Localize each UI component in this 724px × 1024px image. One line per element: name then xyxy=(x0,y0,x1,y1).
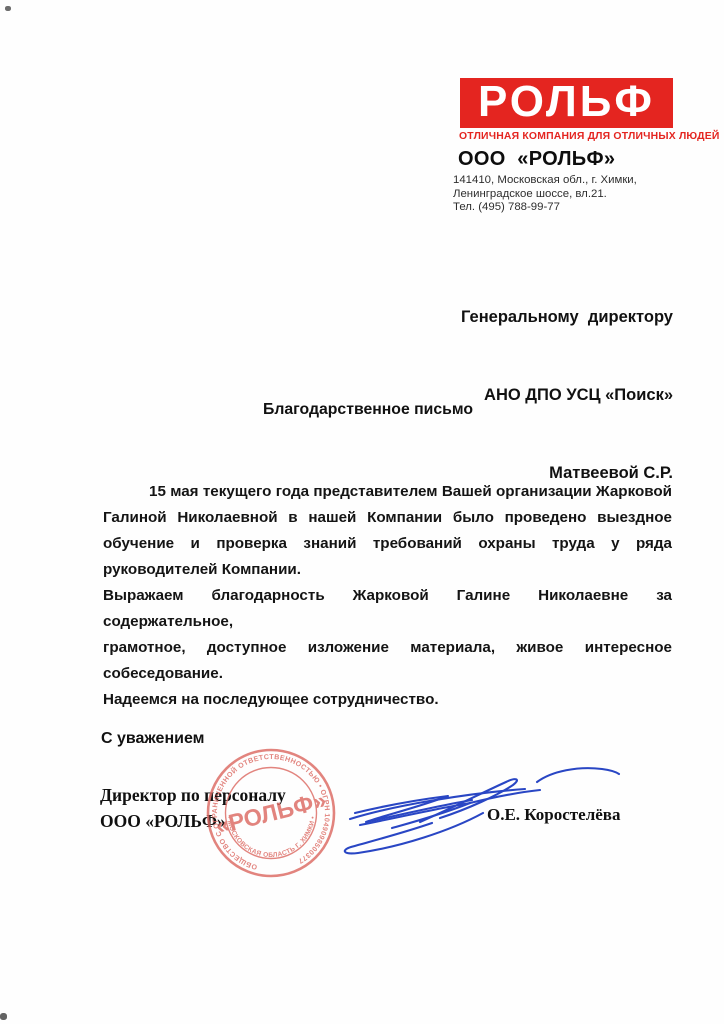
body-line: 15 мая текущего года представителем Ваше… xyxy=(103,479,672,505)
body-line: руководителей Компании. xyxy=(103,557,672,583)
logo-tagline: ОТЛИЧНАЯ КОМПАНИЯ ДЛЯ ОТЛИЧНЫХ ЛЮДЕЙ xyxy=(459,131,675,142)
scan-speck xyxy=(0,1013,7,1020)
body-line: Надеемся на последующее сотрудничество. xyxy=(103,687,672,713)
recipient-title: Генеральному директору xyxy=(380,304,673,330)
closing-regards: С уважением xyxy=(101,730,204,748)
scan-speck xyxy=(5,6,11,11)
rolf-wordmark: РОЛЬФ xyxy=(478,80,655,124)
signature-ink xyxy=(320,745,650,875)
body-line: обучение и проверка знаний требований ох… xyxy=(103,531,672,557)
body-line: Выражаем благодарность Жарковой Галине Н… xyxy=(103,583,672,635)
body-line: собеседование. xyxy=(103,661,672,687)
body-line: Галиной Николаевной в нашей Компании был… xyxy=(103,505,672,531)
scanned-letter-page: РОЛЬФ ОТЛИЧНАЯ КОМПАНИЯ ДЛЯ ОТЛИЧНЫХ ЛЮД… xyxy=(0,0,724,1024)
letter-title: Благодарственное письмо xyxy=(88,401,648,419)
company-address: 141410, Московская обл., г. Химки, Ленин… xyxy=(453,174,637,215)
body-line: грамотное, доступное изложение материала… xyxy=(103,635,672,661)
company-name: ООО «РОЛЬФ» xyxy=(458,148,615,171)
address-line: Тел. (495) 788-99-77 xyxy=(453,201,637,215)
rolf-logo: РОЛЬФ xyxy=(460,78,673,128)
address-line: Ленинградское шоссе, вл.21. xyxy=(453,188,637,202)
address-line: 141410, Московская обл., г. Химки, xyxy=(453,174,637,188)
letter-body: 15 мая текущего года представителем Ваше… xyxy=(103,479,672,713)
